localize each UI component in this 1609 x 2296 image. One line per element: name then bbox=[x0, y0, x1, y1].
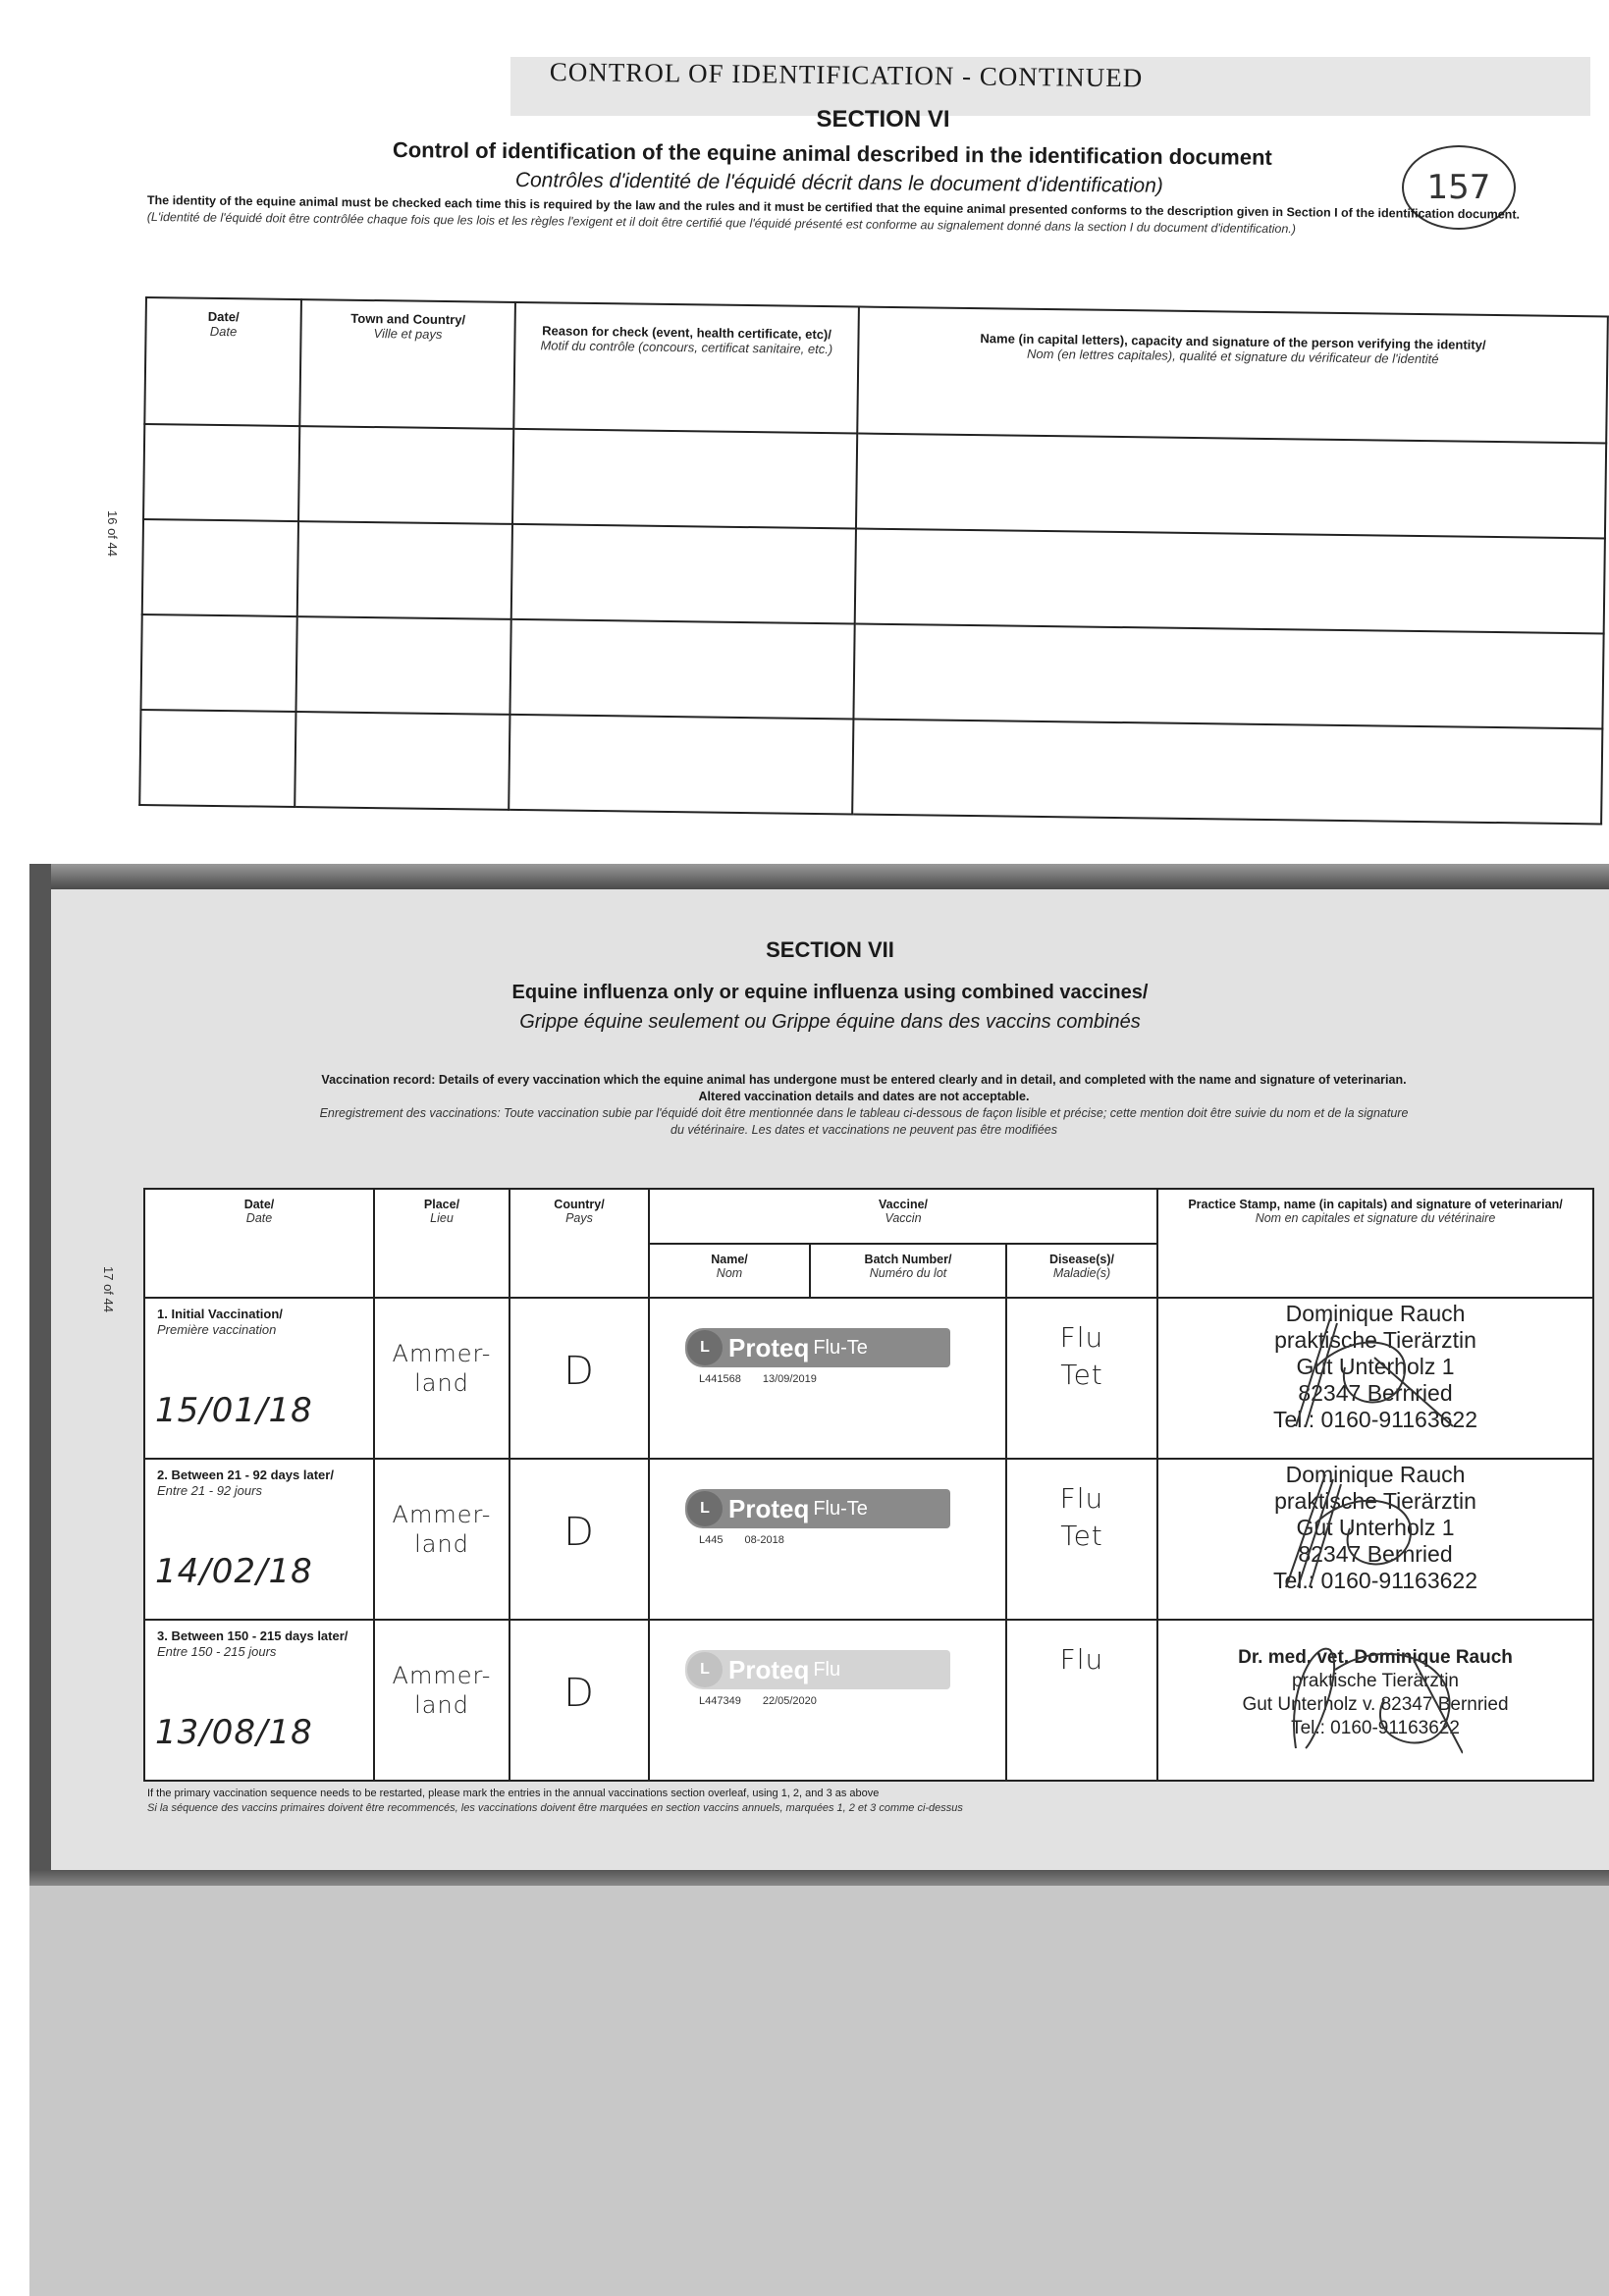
cell-vet-stamp[interactable]: Dominique Rauchpraktische TierärztinGut … bbox=[1157, 1298, 1593, 1459]
cell-place[interactable]: Ammer-land bbox=[374, 1459, 510, 1620]
cell-town[interactable] bbox=[297, 521, 512, 619]
table-row bbox=[139, 710, 1602, 824]
section-7-subtitle-en: Equine influenza only or equine influenz… bbox=[51, 982, 1609, 1004]
handwritten-disease: FluTet bbox=[1008, 1461, 1155, 1555]
section-7-intro: Vaccination record: Details of every vac… bbox=[147, 1072, 1581, 1139]
vaccine-logo-icon: L bbox=[687, 1491, 723, 1526]
vet-signature-icon bbox=[1276, 1469, 1463, 1597]
vaccine-logo-icon: L bbox=[687, 1330, 723, 1365]
cell-date[interactable] bbox=[142, 519, 298, 616]
section-6-heading: SECTION VI bbox=[0, 106, 1609, 133]
handwritten-country: D bbox=[511, 1622, 647, 1716]
cell-vaccine-name-batch[interactable]: LProteqFlu-Te L44156813/09/2019 bbox=[649, 1298, 1006, 1459]
intro-en-line-2: Altered vaccination details and dates ar… bbox=[147, 1089, 1581, 1105]
cell-country[interactable]: D bbox=[510, 1298, 649, 1459]
intro-fr-line-1: Enregistrement des vaccinations: Toute v… bbox=[147, 1105, 1581, 1122]
cell-country[interactable]: D bbox=[510, 1620, 649, 1781]
cell-reason[interactable] bbox=[511, 524, 856, 624]
cell-reason[interactable] bbox=[509, 715, 853, 815]
vet-signature-icon bbox=[1276, 1630, 1463, 1758]
cell-date[interactable]: 2. Between 21 - 92 days later/Entre 21 -… bbox=[144, 1459, 374, 1620]
handwritten-disease: FluTet bbox=[1008, 1300, 1155, 1394]
column-header-date: Date/Date bbox=[144, 297, 301, 426]
column-header-vaccine-name: Name/Nom bbox=[649, 1244, 810, 1299]
handwritten-country: D bbox=[511, 1461, 647, 1555]
vaccination-table: Date/Date Place/Lieu Country/Pays Vaccin… bbox=[143, 1188, 1594, 1782]
vaccine-label-sticker: LProteqFlu-Te L44508-2018 bbox=[685, 1489, 950, 1546]
scan-bottom-edge bbox=[29, 1870, 1609, 1886]
vaccine-batch-info: L44508-2018 bbox=[685, 1534, 950, 1546]
row-label: 2. Between 21 - 92 days later/Entre 21 -… bbox=[157, 1468, 334, 1499]
scan-background bbox=[29, 1886, 1609, 2296]
cell-town[interactable] bbox=[298, 426, 513, 524]
vaccine-label-sticker: LProteqFlu L44734922/05/2020 bbox=[685, 1650, 950, 1707]
identity-check-table: Date/Date Town and Country/Ville et pays… bbox=[138, 296, 1609, 825]
intro-en-line-1: Vaccination record: Details of every vac… bbox=[147, 1072, 1581, 1089]
cell-place[interactable]: Ammer-land bbox=[374, 1620, 510, 1781]
column-header-stamp: Practice Stamp, name (in capitals) and s… bbox=[1157, 1189, 1593, 1298]
cell-town[interactable] bbox=[295, 712, 510, 810]
column-header-disease: Disease(s)/Maladie(s) bbox=[1006, 1244, 1157, 1299]
scan-fold-shadow bbox=[29, 864, 1609, 889]
vaccine-logo-icon: L bbox=[687, 1652, 723, 1687]
row-label: 3. Between 150 - 215 days later/Entre 15… bbox=[157, 1629, 348, 1660]
cell-verifier[interactable] bbox=[856, 434, 1606, 539]
footnote-en: If the primary vaccination sequence need… bbox=[147, 1787, 1541, 1801]
footnote-fr: Si la séquence des vaccins primaires doi… bbox=[147, 1801, 1541, 1816]
page-header-title: CONTROL OF IDENTIFICATION - CONTINUED bbox=[550, 57, 1144, 93]
table-header-row: Date/Date Place/Lieu Country/Pays Vaccin… bbox=[144, 1189, 1593, 1244]
table-row: 1. Initial Vaccination/Première vaccinat… bbox=[144, 1298, 1593, 1459]
vaccine-batch-info: L44156813/09/2019 bbox=[685, 1373, 950, 1385]
column-header-batch: Batch Number/Numéro du lot bbox=[810, 1244, 1006, 1299]
handwritten-country: D bbox=[511, 1300, 647, 1394]
column-header-country: Country/Pays bbox=[510, 1189, 649, 1298]
table-row: 3. Between 150 - 215 days later/Entre 15… bbox=[144, 1620, 1593, 1781]
cell-date[interactable] bbox=[143, 424, 299, 521]
row-label: 1. Initial Vaccination/Première vaccinat… bbox=[157, 1307, 283, 1338]
handwritten-date: 13/08/18 bbox=[155, 1713, 313, 1752]
vaccine-logo: LProteqFlu-Te bbox=[685, 1328, 950, 1367]
cell-town[interactable] bbox=[295, 616, 510, 715]
cell-disease[interactable]: FluTet bbox=[1006, 1459, 1157, 1620]
page-number-16: 16 of 44 bbox=[105, 510, 120, 557]
vaccine-logo: LProteqFlu bbox=[685, 1650, 950, 1689]
section-7-heading: SECTION VII bbox=[51, 937, 1609, 963]
vaccination-footnote: If the primary vaccination sequence need… bbox=[147, 1787, 1541, 1816]
table-header-row: Date/Date Town and Country/Ville et pays… bbox=[144, 297, 1608, 443]
cell-vet-stamp[interactable]: Dr. med. vet. Dominique Rauchpraktische … bbox=[1157, 1620, 1593, 1781]
handwritten-date: 14/02/18 bbox=[155, 1552, 313, 1591]
cell-verifier[interactable] bbox=[855, 528, 1605, 633]
vet-signature-icon bbox=[1276, 1308, 1463, 1436]
scan-left-edge bbox=[29, 864, 51, 1875]
section-7-subtitle-fr: Grippe équine seulement ou Grippe équine… bbox=[51, 1011, 1609, 1034]
vaccine-batch-info: L44734922/05/2020 bbox=[685, 1695, 950, 1707]
handwritten-place: Ammer-land bbox=[376, 1300, 508, 1398]
handwritten-date: 15/01/18 bbox=[155, 1391, 313, 1430]
cell-date[interactable]: 3. Between 150 - 215 days later/Entre 15… bbox=[144, 1620, 374, 1781]
cell-disease[interactable]: Flu bbox=[1006, 1620, 1157, 1781]
cell-country[interactable]: D bbox=[510, 1459, 649, 1620]
cell-verifier[interactable] bbox=[852, 719, 1602, 824]
column-header-verifier: Name (in capital letters), capacity and … bbox=[857, 307, 1608, 444]
handwritten-disease: Flu bbox=[1008, 1622, 1155, 1679]
cell-disease[interactable]: FluTet bbox=[1006, 1298, 1157, 1459]
cell-date[interactable] bbox=[139, 710, 295, 807]
cell-vaccine-name-batch[interactable]: LProteqFlu-Te L44508-2018 bbox=[649, 1459, 1006, 1620]
column-header-reason: Reason for check (event, health certific… bbox=[513, 302, 859, 434]
column-header-vaccine: Vaccine/Vaccin bbox=[649, 1189, 1157, 1244]
cell-date[interactable] bbox=[140, 614, 296, 712]
cell-date[interactable]: 1. Initial Vaccination/Première vaccinat… bbox=[144, 1298, 374, 1459]
cell-reason[interactable] bbox=[512, 429, 857, 529]
vaccine-logo: LProteqFlu-Te bbox=[685, 1489, 950, 1528]
handwritten-place: Ammer-land bbox=[376, 1622, 508, 1720]
table-row: 2. Between 21 - 92 days later/Entre 21 -… bbox=[144, 1459, 1593, 1620]
cell-vaccine-name-batch[interactable]: LProteqFlu L44734922/05/2020 bbox=[649, 1620, 1006, 1781]
handwritten-place: Ammer-land bbox=[376, 1461, 508, 1559]
intro-fr-line-2: du vétérinaire. Les dates et vaccination… bbox=[147, 1122, 1581, 1139]
cell-place[interactable]: Ammer-land bbox=[374, 1298, 510, 1459]
column-header-town-country: Town and Country/Ville et pays bbox=[299, 299, 515, 429]
column-header-date: Date/Date bbox=[144, 1189, 374, 1298]
page-number-17: 17 of 44 bbox=[101, 1266, 116, 1312]
vaccine-label-sticker: LProteqFlu-Te L44156813/09/2019 bbox=[685, 1328, 950, 1385]
cell-vet-stamp[interactable]: Dominique Rauchpraktische TierärztinGut … bbox=[1157, 1459, 1593, 1620]
cell-reason[interactable] bbox=[510, 619, 854, 720]
column-header-place: Place/Lieu bbox=[374, 1189, 510, 1298]
cell-verifier[interactable] bbox=[853, 623, 1603, 728]
